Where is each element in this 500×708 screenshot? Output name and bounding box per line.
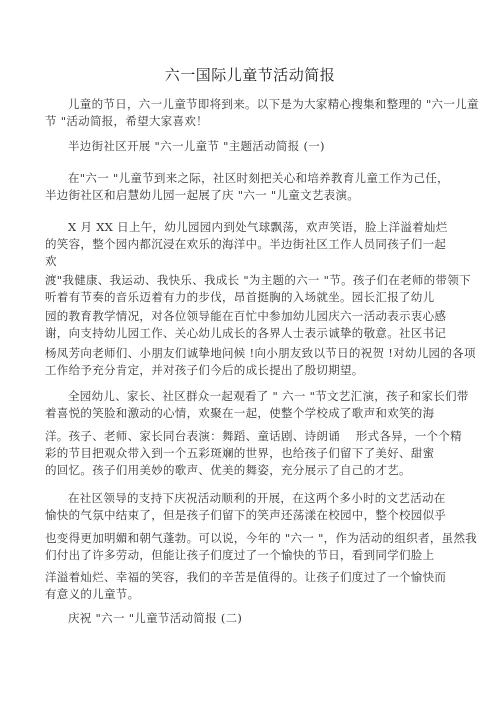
text-line: 愉快的气氛中结束了，但是孩子们留下的笑声还荡漾在校园中，整个校园似乎 <box>45 507 446 523</box>
text-line: 儿童的节日，六一儿童节即将到来。以下是为大家精心搜集和整理的 "六一儿童 <box>68 96 479 112</box>
text-line: 听着有节奏的音乐迈着有力的步伐，昂首挺胸的入场就坐。园长汇报了幼儿 <box>45 289 434 305</box>
text-line: 谢，向支持幼儿园工作、关心幼儿成长的各界人士表示诚挚的敬意。社区书记 <box>45 325 446 341</box>
text-line: 庆祝 "六一 "儿童节活动简报 (二) <box>68 610 242 626</box>
text-line: 洋溢着灿烂、幸福的笑容，我们的辛苦是值得的。让孩子们度过了一个愉快而 <box>45 569 446 585</box>
text-line: 的回忆。孩子们用美妙的歌声、优美的舞姿，充分展示了自己的才艺。 <box>45 462 411 478</box>
text-line: 全园幼儿、家长、社区群众一起观看了 " 六一 "节文艺汇演，孩子和家长们带 <box>68 388 469 404</box>
text-line: 洋。孩子、老师、家长同台表演：舞蹈、童话剧、诗朗诵 形式各异，一个个精 <box>45 428 462 444</box>
text-line: 节 "活动简报，希望大家喜欢！ <box>45 113 208 129</box>
text-line: 园的教育教学情况，对各位领导能在百忙中参加幼儿园庆六一活动表示衷心感 <box>45 308 446 324</box>
text-line: 们付出了许多劳动，但能让孩子们度过了一个愉快的节日，看到同学们脸上 <box>45 547 434 563</box>
text-line: 欢 <box>45 253 57 269</box>
text-line: 在社区领导的支持下庆祝活动顺利的开展，在这两个多小时的文艺活动在 <box>68 490 446 506</box>
text-line: 半边街社区开展 "六一儿童节 "主题活动简报 (一) <box>68 138 325 154</box>
text-line: 彩的节目把观众带入到一个五彩斑斓的世界，也给孩子们留下了美好、甜蜜 <box>45 445 434 461</box>
text-line: 半边街社区和启慧幼儿园一起展了庆 "六一 "儿童文艺表演。 <box>45 187 359 203</box>
text-line: 在"六一 "儿童节到来之际，社区时刻把关心和培养教育儿童工作为己任， <box>68 170 449 186</box>
document-page: 六一国际儿童节活动简报 儿童的节日，六一儿童节即将到来。以下是为大家精心搜集和整… <box>0 0 500 708</box>
text-line: 杨凤芳向老师们、小朋友们诚挚地问候 !向小朋友致以节日的祝贺 !对幼儿园的各项 <box>45 345 476 361</box>
text-line: 工作给予充分肯定，并对孩子们今后的成长提出了殷切期望。 <box>45 362 364 378</box>
text-line: 有意义的儿童节。 <box>45 586 139 602</box>
text-line: 着喜悦的笑脸和激动的心情，欢聚在一起，使整个学校成了歌声和欢笑的海 <box>45 405 434 421</box>
text-line: 的笑容，整个园内都沉浸在欢乐的海洋中。半边街社区工作人员同孩子们一起 <box>45 236 446 252</box>
text-line: 也变得更加明媚和朝气蓬勃。可以说，今年的 "六一 "，作为活动的组织者，虽然我 <box>45 530 477 546</box>
document-title: 六一国际儿童节活动简报 <box>0 64 500 85</box>
text-line: X 月 XX 日上午，幼儿园园内到处气球飘荡，欢声笑语，脸上洋溢着灿烂 <box>68 219 448 235</box>
text-line: 渡"我健康、我运动、我快乐、我成长 "为主题的六一 "节。孩子们在老师的带领下 <box>45 272 471 288</box>
